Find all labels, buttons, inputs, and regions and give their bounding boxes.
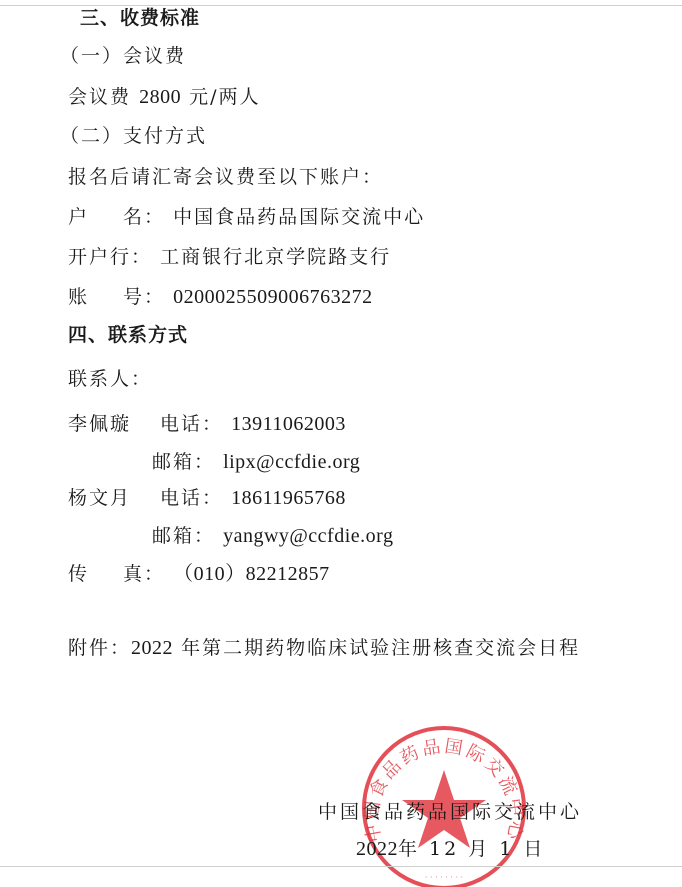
account-no-value: 0200025509006763272: [173, 286, 373, 308]
attachment-year: 2022: [131, 637, 173, 659]
bank-line: 开户行： 工商银行北京学院路支行: [68, 245, 391, 269]
fax-line: 传真： （010）82212857: [68, 562, 330, 586]
account-no-label-1: 账: [68, 286, 89, 308]
account-name-value: 中国食品药品国际交流中心: [173, 206, 425, 228]
bank-label: 开户行：: [68, 246, 152, 268]
section4-heading: 四、联系方式: [68, 323, 188, 347]
fax-value: （010）82212857: [173, 563, 330, 585]
contact-1-name: 李佩璇: [68, 412, 152, 436]
contact-2-phone-label: 电话：: [160, 487, 223, 509]
contact-2-email-line: 邮箱： yangwy@ccfdie.org: [152, 524, 393, 548]
signature-date-rest: 年 12 月 1 日: [398, 838, 545, 860]
attachment-title: 年第二期药物临床试验注册核查交流会日程: [181, 637, 580, 659]
contact-1-email-line: 邮箱： lipx@ccfdie.org: [152, 450, 360, 474]
fax-label-2: 真：: [123, 563, 165, 585]
contact-2-phone-line: 杨文月 电话： 18611965768: [68, 486, 346, 510]
payment-intro: 报名后请汇寄会议费至以下账户：: [68, 165, 383, 189]
attachment-line: 附件：2022 年第二期药物临床试验注册核查交流会日程: [68, 636, 580, 660]
section3-heading: 三、收费标准: [80, 6, 200, 30]
account-name-line: 户名： 中国食品药品国际交流中心: [68, 205, 425, 229]
bank-value: 工商银行北京学院路支行: [160, 246, 391, 268]
bottom-page-border: [0, 866, 682, 867]
sub1-heading: （一）会议费: [60, 44, 186, 68]
fee-amount: 2800: [139, 86, 181, 108]
attachment-label: 附件：: [68, 637, 131, 659]
contact-1-phone-line: 李佩璇 电话： 13911062003: [68, 412, 346, 436]
contact-2-email-label: 邮箱：: [152, 525, 215, 547]
fax-label-1: 传: [68, 563, 89, 585]
contact-2-phone: 18611965768: [231, 487, 346, 509]
contact-1-email: lipx@ccfdie.org: [223, 451, 360, 473]
sub2-heading: （二）支付方式: [60, 124, 207, 148]
signature-date-year: 2022: [356, 838, 398, 860]
account-no-line: 账号： 0200025509006763272: [68, 285, 373, 309]
contact-2-email: yangwy@ccfdie.org: [223, 525, 393, 547]
account-no-label-2: 号：: [123, 286, 165, 308]
fee-prefix: 会议费: [68, 86, 131, 108]
svg-text:· · · · · · · ·: · · · · · · · ·: [425, 873, 463, 882]
contact-1-phone: 13911062003: [231, 413, 346, 435]
contact-1-email-label: 邮箱：: [152, 451, 215, 473]
contact-1-phone-label: 电话：: [160, 413, 223, 435]
account-name-label-2: 名：: [123, 206, 165, 228]
contacts-label: 联系人：: [68, 367, 152, 391]
fee-line: 会议费 2800 元/两人: [68, 85, 261, 109]
account-name-label-1: 户: [68, 206, 89, 228]
signature-org: 中国食品药品国际交流中心: [318, 797, 582, 824]
signature-date: 2022年 12 月 1 日: [356, 834, 545, 861]
fee-suffix: 元/两人: [189, 86, 260, 108]
contact-2-name: 杨文月: [68, 486, 152, 510]
